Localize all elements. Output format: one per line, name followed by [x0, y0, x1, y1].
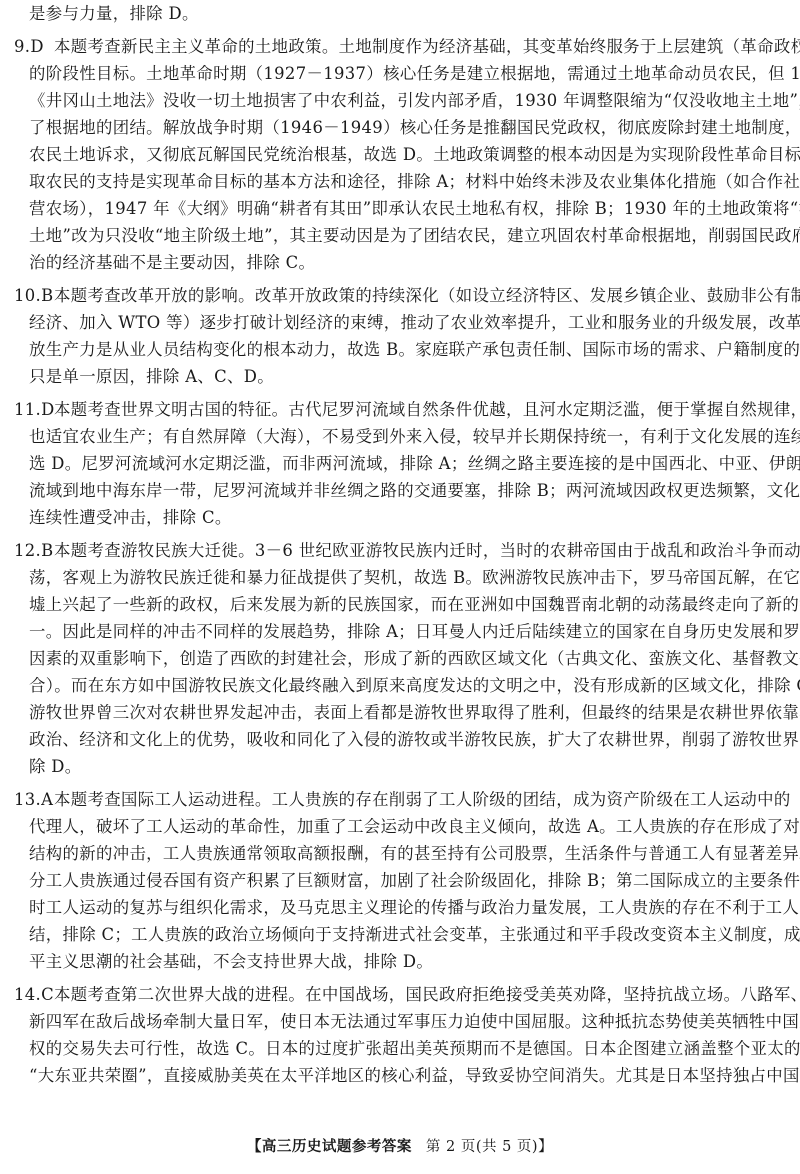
footer-title: 【高三历史试题参考答案 [247, 1139, 412, 1155]
answer-line: 了根据地的团结。解放战争时期（1946－1949）核心任务是推翻国民党政权，彻底… [29, 118, 787, 138]
answer-line: 荡，客观上为游牧民族迁徙和暴力征战提供了契机，故选 B。欧洲游牧民族冲击下，罗马… [29, 568, 787, 588]
answer-text: 本题考查国际工人运动进程。工人贵族的存在削弱了工人阶级的团结，成为资产阶级在工人… [54, 790, 791, 809]
answer-first-line: 14.C本题考查第二次世界大战的进程。在中国战场，国民政府拒绝接受美英劝降，坚持… [14, 985, 787, 1005]
answer-line: 结，排除 C；工人贵族的政治立场倾向于支持渐进式社会变革，主张通过和平手段改变资… [29, 925, 787, 945]
answer-line: 流域到地中海东岸一带，尼罗河流域并非丝绸之路的交通要塞，排除 B；两河流域因政权… [29, 481, 787, 501]
answer-first-line: 10.B本题考查改革开放的影响。改革开放政策的持续深化（如设立经济特区、发展乡镇… [14, 286, 787, 306]
answer-line: 政治、经济和文化上的优势，吸收和同化了入侵的游牧或半游牧民族，扩大了农耕世界，削… [29, 730, 787, 750]
answer-line: 取农民的支持是实现革命目标的基本方法和途径，排除 A；材料中始终未涉及农业集体化… [29, 172, 787, 192]
question-number: 9.D [14, 37, 54, 57]
question-number: 13.A [14, 790, 54, 810]
answer-line: 治的经济基础不是主要动因，排除 C。 [29, 253, 787, 273]
answer-line: 营农场），1947 年《大纲》明确“耕者有其田”即承认农民土地私有权，排除 B；… [29, 199, 787, 219]
question-number: 11.D [14, 400, 54, 420]
answer-first-line: 9.D本题考查新民主主义革命的土地政策。土地制度作为经济基础，其变革始终服务于上… [14, 37, 787, 57]
answer-line: 权的交易失去可行性，故选 C。日本的过度扩张超出美英预期而不是德国。日本企图建立… [29, 1039, 787, 1059]
question-number: 10.B [14, 286, 54, 306]
answer-line: 只是单一原因，排除 A、C、D。 [29, 367, 787, 387]
answer-line: 放生产力是从业人员结构变化的根本动力，故选 B。家庭联产承包责任制、国际市场的需… [29, 340, 787, 360]
answer-text: 本题考查改革开放的影响。改革开放政策的持续深化（如设立经济特区、发展乡镇企业、鼓… [54, 286, 800, 305]
answer-line: 时工人运动的复苏与组织化需求，及马克思主义理论的传播与政治力量发展，工人贵族的存… [29, 898, 787, 918]
answer-first-line: 13.A本题考查国际工人运动进程。工人贵族的存在削弱了工人阶级的团结，成为资产阶… [14, 790, 787, 810]
answer-line: 墟上兴起了一些新的政权，后来发展为新的民族国家，而在亚洲如中国魏晋南北朝的动荡最… [29, 595, 787, 615]
answer-line: 除 D。 [29, 757, 787, 777]
question-number: 14.C [14, 985, 54, 1005]
answer-line: 也适宜农业生产；有自然屏障（大海），不易受到外来入侵，较早并长期保持统一，有利于… [29, 427, 787, 447]
answer-line: 分工人贵族通过侵吞国有资产积累了巨额财富，加剧了社会阶级固化，排除 B；第二国际… [29, 871, 787, 891]
answer-text: 本题考查第二次世界大战的进程。在中国战场，国民政府拒绝接受美英劝降，坚持抗战立场… [54, 985, 800, 1004]
answer-line: 代理人，破坏了工人运动的革命性，加重了工会运动中改良主义倾向，故选 A。工人贵族… [29, 817, 787, 837]
answer-text: 本题考查游牧民族大迁徙。3－6 世纪欧亚游牧民族内迁时，当时的农耕帝国由于战乱和… [54, 541, 800, 560]
answer-line: 游牧世界曾三次对农耕世界发起冲击，表面上看都是游牧世界取得了胜利，但最终的结果是… [29, 703, 787, 723]
answer-line: 选 D。尼罗河流域河水定期泛滥，而非两河流域，排除 A；丝绸之路主要连接的是中国… [29, 454, 787, 474]
page-footer: 【高三历史试题参考答案第 2 页(共 5 页)】 [0, 1137, 800, 1157]
answer-first-line: 12.B本题考查游牧民族大迁徙。3－6 世纪欧亚游牧民族内迁时，当时的农耕帝国由… [14, 541, 787, 561]
question-number: 12.B [14, 541, 54, 561]
answer-line: 结构的新的冲击，工人贵族通常领取高额报酬，有的甚至持有公司股票，生活条件与普通工… [29, 844, 787, 864]
answer-line: “大东亚共荣圈”，直接威胁美英在太平洋地区的核心利益，导致妥协空间消失。尤其是日… [29, 1066, 787, 1086]
answer-line: 土地”改为只没收“地主阶级土地”，其主要动因是为了团结农民，建立巩固农村革命根据… [29, 226, 787, 246]
answer-line: 合）。而在东方如中国游牧民族文化最终融入到原来高度发达的文明之中，没有形成新的区… [29, 676, 787, 696]
answer-line: 因素的双重影响下，创造了西欧的封建社会，形成了新的西欧区域文化（古典文化、蛮族文… [29, 649, 787, 669]
answer-line: 平主义思潮的社会基础，不会支持世界大战，排除 D。 [29, 952, 787, 972]
answer-first-line: 11.D本题考查世界文明古国的特征。古代尼罗河流域自然条件优越，且河水定期泛滥，… [14, 400, 787, 420]
answer-line: 的阶段性目标。土地革命时期（1927－1937）核心任务是建立根据地，需通过土地… [29, 64, 787, 84]
page-number: 第 2 页(共 5 页)】 [426, 1139, 553, 1155]
answer-line: 连续性遭受冲击，排除 C。 [29, 508, 787, 528]
answer-line: 新四军在敌后战场牵制大量日军，使日本无法通过军事压力迫使中国屈服。这种抵抗态势使… [29, 1012, 787, 1032]
continuation-line: 是参与力量，排除 D。 [29, 4, 787, 24]
answer-line: 经济、加入 WTO 等）逐步打破计划经济的束缚，推动了农业效率提升，工业和服务业… [29, 313, 787, 333]
answer-line: 一。因此是同样的冲击不同样的发展趋势，排除 A；日耳曼人内迁后陆续建立的国家在自… [29, 622, 787, 642]
answer-text: 本题考查世界文明古国的特征。古代尼罗河流域自然条件优越，且河水定期泛滥，便于掌握… [54, 400, 800, 419]
answer-line: 《井冈山土地法》没收一切土地损害了中农利益，引发内部矛盾，1930 年调整限缩为… [29, 91, 787, 111]
answer-key-page: 是参与力量，排除 D。 9.D本题考查新民主主义革命的土地政策。土地制度作为经济… [0, 0, 800, 1174]
answer-text: 本题考查新民主主义革命的土地政策。土地制度作为经济基础，其变革始终服务于上层建筑… [54, 37, 800, 56]
answer-line: 农民土地诉求，又彻底瓦解国民党统治根基，故选 D。土地政策调整的根本动因是为实现… [29, 145, 787, 165]
